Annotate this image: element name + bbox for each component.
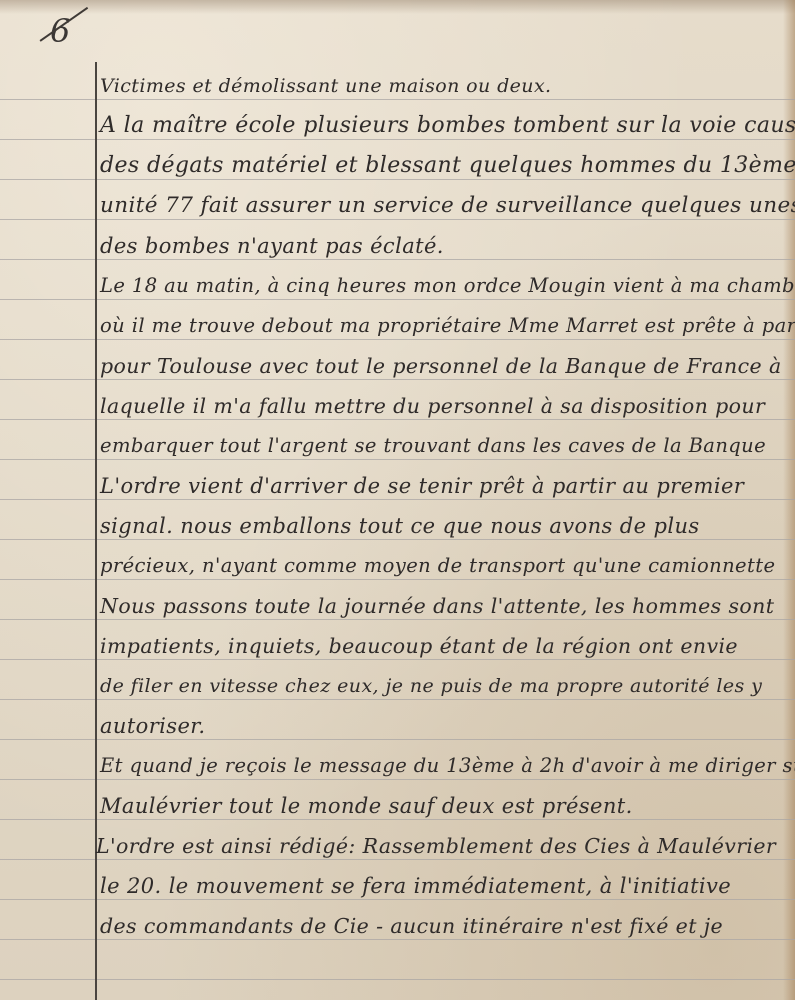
- text-line: A la maître école plusieurs bombes tombe…: [100, 112, 795, 140]
- text-line: Maulévrier tout le monde sauf deux est p…: [100, 792, 633, 820]
- text-line: laquelle il m'a fallu mettre du personne…: [100, 392, 765, 420]
- ruled-line: [0, 979, 795, 980]
- text-line: où il me trouve debout ma propriétaire M…: [100, 312, 795, 340]
- text-line: le 20. le mouvement se fera immédiatemen…: [100, 872, 731, 900]
- text-line: embarquer tout l'argent se trouvant dans…: [100, 432, 766, 460]
- text-line: des bombes n'ayant pas éclaté.: [100, 232, 444, 260]
- text-line: L'ordre est ainsi rédigé: Rassemblement …: [96, 832, 776, 860]
- notebook-page: 6 Victimes et démolissant une maison ou …: [0, 0, 795, 1000]
- text-line: de filer en vitesse chez eux, je ne puis…: [100, 672, 762, 700]
- text-line: Et quand je reçois le message du 13ème à…: [100, 752, 795, 780]
- text-line: pour Toulouse avec tout le personnel de …: [100, 352, 782, 380]
- text-line: L'ordre vient d'arriver de se tenir prêt…: [100, 472, 744, 500]
- text-line: Le 18 au matin, à cinq heures mon ordce …: [100, 272, 795, 300]
- text-line: des dégats matériel et blessant quelques…: [100, 152, 795, 180]
- text-line: des commandants de Cie - aucun itinérair…: [100, 912, 723, 940]
- text-line: impatients, inquiets, beaucoup étant de …: [100, 632, 738, 660]
- text-line: unité 77 fait assurer un service de surv…: [100, 192, 795, 220]
- text-line: Victimes et démolissant une maison ou de…: [100, 72, 552, 100]
- text-line: signal. nous emballons tout ce que nous …: [100, 512, 700, 540]
- text-line: précieux, n'ayant comme moyen de transpo…: [100, 552, 775, 580]
- text-line: autoriser.: [100, 712, 206, 740]
- text-line: Nous passons toute la journée dans l'att…: [100, 592, 774, 620]
